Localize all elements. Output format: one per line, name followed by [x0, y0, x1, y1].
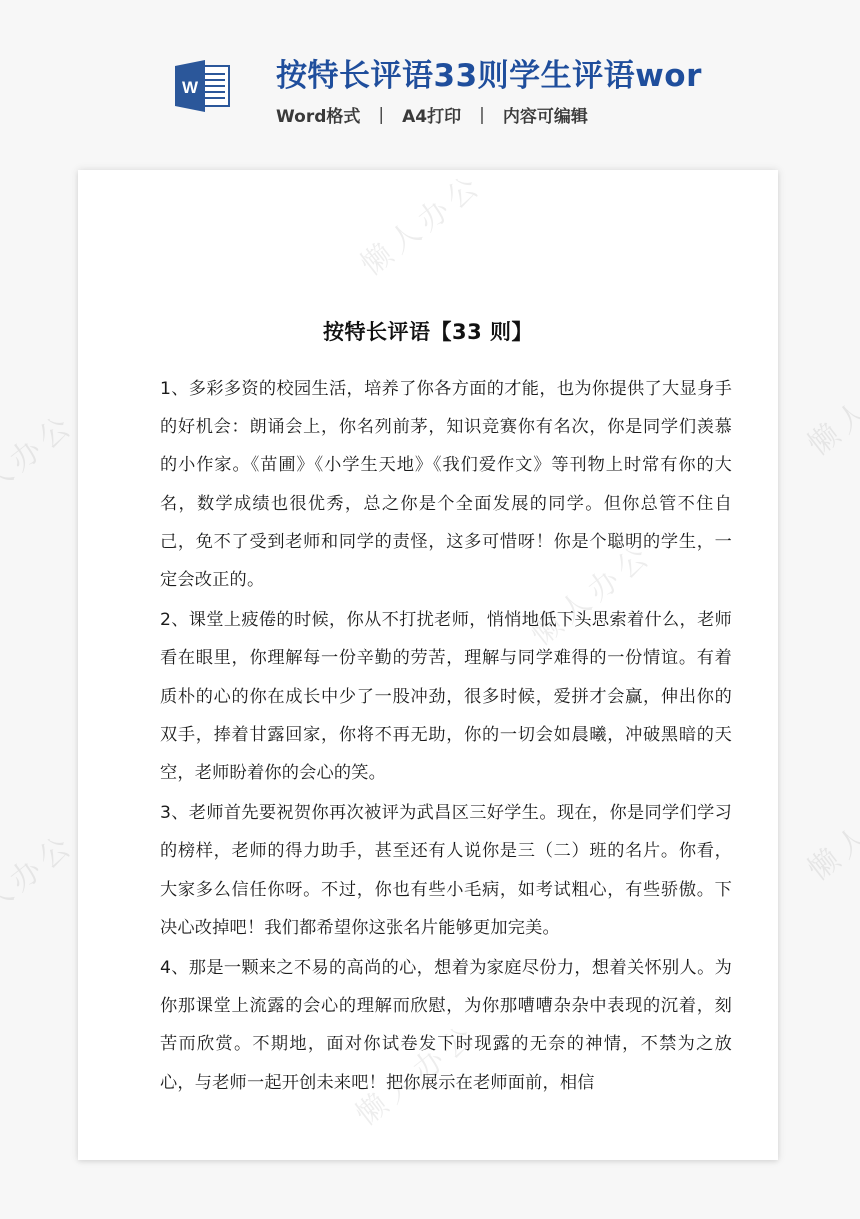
- paragraph: 4、那是一颗来之不易的高尚的心，想着为家庭尽份力，想着关怀别人。为你那课堂上流露…: [160, 949, 732, 1102]
- document-body: 1、多彩多资的校园生活，培养了你各方面的才能，也为你提供了大显身手的好机会：朗诵…: [160, 370, 732, 1104]
- watermark: 懒人办公: [797, 765, 860, 888]
- document-page: 懒人办公 懒人办公 懒人办公 按特长评语【33 则】 1、多彩多资的校园生活，培…: [78, 170, 778, 1160]
- document-title: 按特长评语33则学生评语wor: [276, 50, 702, 95]
- watermark: 懒人办公: [0, 400, 82, 523]
- word-document-icon: W: [175, 60, 231, 112]
- watermark: 懒人办公: [797, 340, 860, 463]
- tag-format: Word格式: [276, 102, 360, 127]
- paragraph: 1、多彩多资的校园生活，培养了你各方面的才能，也为你提供了大显身手的好机会：朗诵…: [160, 370, 732, 599]
- paragraph: 3、老师首先要祝贺你再次被评为武昌区三好学生。现在，你是同学们学习的榜样，老师的…: [160, 794, 732, 947]
- document-tags: Word格式 | A4打印 | 内容可编辑: [276, 102, 588, 127]
- tag-editable: 内容可编辑: [503, 102, 588, 127]
- page-heading: 按特长评语【33 则】: [78, 316, 778, 346]
- watermark: 懒人办公: [350, 170, 491, 284]
- tag-print: A4打印: [402, 102, 461, 127]
- paragraph: 2、课堂上疲倦的时候，你从不打扰老师，悄悄地低下头思索着什么，老师看在眼里，你理…: [160, 601, 732, 792]
- document-header: W 按特长评语33则学生评语wor Word格式 | A4打印 | 内容可编辑: [0, 0, 860, 160]
- tag-separator: |: [479, 105, 485, 125]
- svg-text:W: W: [182, 78, 199, 97]
- tag-separator: |: [378, 105, 384, 125]
- watermark: 懒人办公: [0, 820, 82, 943]
